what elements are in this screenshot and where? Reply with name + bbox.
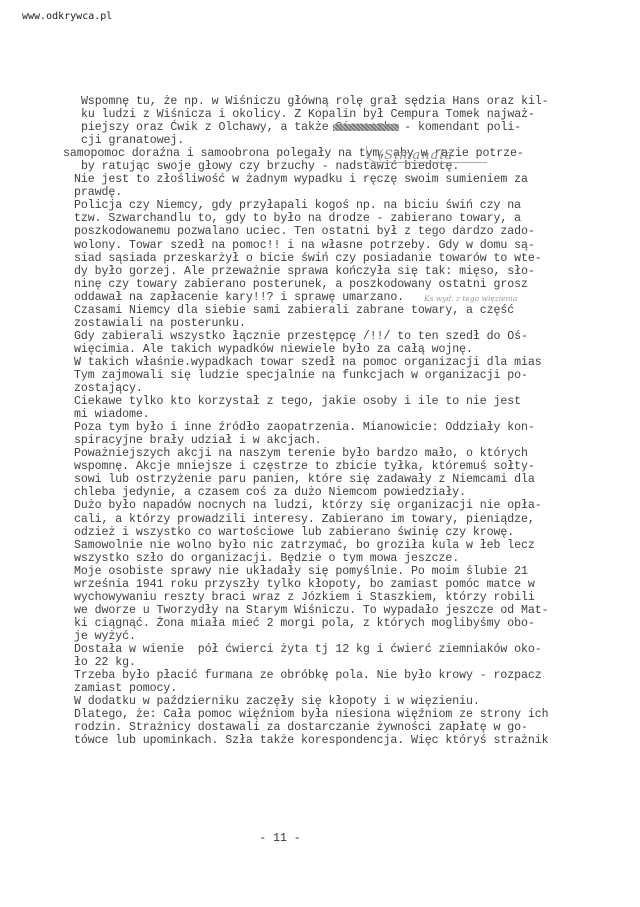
line-text: zamiast pomocy. (74, 682, 177, 695)
line-text: Policja czy Niemcy, gdy przyłapali kogoś… (74, 199, 521, 212)
line-text: Czasami Niemcy dla siebie sami zabierali… (74, 304, 514, 317)
line-text: Nie jest to złośliwość w żadnym wypadku … (74, 173, 528, 186)
line-text: tówce lub upominkach. Szła także korespo… (74, 734, 549, 747)
text-line: Gdy zabierali wszystko łącznie przestępc… (63, 330, 638, 343)
line-text: odzież i wszystko co wartościowe lub zab… (74, 526, 514, 539)
text-line: wszystko szło do organizacji. Będzie o t… (63, 552, 638, 565)
line-text: zostający. (74, 382, 143, 395)
text-line: Trzeba było płacić furmana ze obróbkę po… (63, 669, 638, 682)
text-line: ninę czy towary zabierano posterunek, a … (63, 278, 638, 291)
line-text: spiracyjne brały udział i w akcjach. (74, 434, 322, 447)
line-text: dy było gorzej. Ale przeważnie sprawa ko… (74, 265, 535, 278)
line-text: Wspomnę tu, że np. w Wiśniczu główną rol… (81, 95, 549, 108)
text-line: W dodatku w październiku zaczęły się kło… (63, 695, 638, 708)
line-text: Poważniejszych akcji na naszym terenie b… (74, 447, 528, 460)
text-line: odzież i wszystko co wartościowe lub zab… (63, 526, 638, 539)
text-line: Tym zajmowali się ludzie specjalnie na f… (63, 369, 638, 382)
line-text: ki ciągnąć. Żona miała mieć 2 morgi pola… (74, 617, 535, 630)
line-text: zostawiali na posterunku. (74, 317, 246, 330)
line-text: Poza tym było i inne źródło zaopatrzenia… (74, 421, 535, 434)
text-line: prawdę. (63, 186, 638, 199)
line-text: tzw. Szwarchandlu to, gdy to było na dro… (74, 212, 521, 225)
line-text: je wyżyć. (74, 630, 136, 643)
struck-out-name: Siemaszko (335, 121, 397, 134)
text-line: września 1941 roku przyszły tylko kłopot… (63, 578, 638, 591)
line-text: Samowolnie nie wolno było nic zatrzymać,… (74, 539, 535, 552)
text-line: Nie jest to złośliwość w żadnym wypadku … (63, 173, 638, 186)
text-line: samopomoc doraźna i samoobrona polegały … (63, 147, 638, 160)
text-line: W takich właśnie.wypadkach towar szedł n… (63, 356, 638, 369)
line-text: rodzin. Strażnicy dostawali za dostarcza… (74, 721, 528, 734)
text-line: dy było gorzej. Ale przeważnie sprawa ko… (63, 265, 638, 278)
text-line: zostawiali na posterunku. (63, 317, 638, 330)
line-text: wolony. Towar szedł na pomoc!! i na włas… (74, 239, 535, 252)
text-line: Samowolnie nie wolno było nic zatrzymać,… (63, 539, 638, 552)
text-line: mi wiadome. (63, 408, 638, 421)
line-text: Gdy zabierali wszystko łącznie przestępc… (74, 330, 528, 343)
line-text: września 1941 roku przyszły tylko kłopot… (74, 578, 535, 591)
text-line: ku ludzi z Wiśnicza i okolicy. Z Kopalin… (63, 108, 638, 121)
text-line: piejszy oraz Ćwik z Olchawy, a także Sie… (63, 121, 638, 134)
text-line: je wyżyć. (63, 630, 638, 643)
text-line: ki ciągnąć. Żona miała mieć 2 morgi pola… (63, 617, 638, 630)
typewritten-page: Wspomnę tu, że np. w Wiśniczu główną rol… (63, 95, 638, 747)
line-text: więcimia. Ale takich wypadków niewiele b… (74, 343, 473, 356)
line-text: prawdę. (74, 186, 122, 199)
text-line: Dlatego, że: Cała pomoc więźniom była ni… (63, 708, 638, 721)
line-text: ku ludzi z Wiśnicza i okolicy. Z Kopalin… (81, 108, 535, 121)
text-line: więcimia. Ale takich wypadków niewiele b… (63, 343, 638, 356)
line-text: wszystko szło do organizacji. Będzie o t… (74, 552, 459, 565)
line-text: Ciekawe tylko kto korzystał z tego, jaki… (74, 395, 521, 408)
line-text: piejszy oraz Ćwik z Olchawy, a także (81, 121, 335, 134)
text-line: zostający. (63, 382, 638, 395)
text-line: ło 22 kg. (63, 656, 638, 669)
text-line: wychowywaniu reszty braci wraz z Józkiem… (63, 591, 638, 604)
text-line: cali, a którzy prowadzili interesy. Zabi… (63, 513, 638, 526)
handwritten-name-annotation: (Simanala (378, 148, 453, 163)
text-line: wolony. Towar szedł na pomoc!! i na włas… (63, 239, 638, 252)
handwritten-margin-note: Ks wyd. z tego więzienia (424, 294, 517, 303)
text-line: oddawał na zapłacenie kary!!? i sprawę u… (63, 291, 638, 304)
line-text: wspomnę. Akcje mniejsze i częstrze to zb… (74, 460, 535, 473)
text-line: Dostała w wienie pół ćwierci żyta tj 12 … (63, 643, 638, 656)
page-number: - 11 - (0, 832, 600, 845)
line-text: ninę czy towary zabierano posterunek, a … (74, 278, 528, 291)
text-line: we dworze u Tworzydły na Starym Wiśniczu… (63, 604, 638, 617)
text-line: Ciekawe tylko kto korzystał z tego, jaki… (63, 395, 638, 408)
text-line: chleba jedynie, a czasem coś za dużo Nie… (63, 486, 638, 499)
line-text: Trzeba było płacić furmana ze obróbkę po… (74, 669, 542, 682)
text-line: spiracyjne brały udział i w akcjach. (63, 434, 638, 447)
line-text: sowi lub ostrzyżenie paru panien, które … (74, 473, 535, 486)
line-text: ło 22 kg. (74, 656, 136, 669)
line-text: Tym zajmowali się ludzie specjalnie na f… (74, 369, 528, 382)
text-line: Policja czy Niemcy, gdy przyłapali kogoś… (63, 199, 638, 212)
text-line: rodzin. Strażnicy dostawali za dostarcza… (63, 721, 638, 734)
line-text: we dworze u Tworzydły na Starym Wiśniczu… (74, 604, 549, 617)
line-text: Dlatego, że: Cała pomoc więźniom była ni… (74, 708, 549, 721)
text-line: poszkodowanemu pozwalano uciec. Ten osta… (63, 225, 638, 238)
text-line: Dużo było napadów nocnych na ludzi, któr… (63, 499, 638, 512)
line-text: mi wiadome. (74, 408, 150, 421)
line-text: W takich właśnie.wypadkach towar szedł n… (74, 356, 542, 369)
text-line: cji granatowej. (63, 134, 638, 147)
text-line: zamiast pomocy. (63, 682, 638, 695)
text-line: Wspomnę tu, że np. w Wiśniczu główną rol… (63, 95, 638, 108)
text-line: Moje osobiste sprawy nie układały się po… (63, 565, 638, 578)
line-text: poszkodowanemu pozwalano uciec. Ten osta… (74, 225, 535, 238)
line-text: siad sąsiada przeskarżył o bicie świń cz… (74, 252, 542, 265)
line-text: W dodatku w październiku zaczęły się kło… (74, 695, 480, 708)
line-text: chleba jedynie, a czasem coś za dużo Nie… (74, 486, 466, 499)
line-text-continued: - komendant poli- (397, 121, 521, 134)
line-text: Dużo było napadów nocnych na ludzi, któr… (74, 499, 542, 512)
text-line: by ratując swoje głowy czy brzuchy - nad… (63, 160, 638, 173)
text-line: tówce lub upominkach. Szła także korespo… (63, 734, 638, 747)
text-line: Poza tym było i inne źródło zaopatrzenia… (63, 421, 638, 434)
text-line: Czasami Niemcy dla siebie sami zabierali… (63, 304, 638, 317)
line-text: oddawał na zapłacenie kary!!? i sprawę u… (74, 291, 404, 304)
text-line: siad sąsiada przeskarżył o bicie świń cz… (63, 252, 638, 265)
line-text: Moje osobiste sprawy nie układały się po… (74, 565, 528, 578)
line-text: wychowywaniu reszty braci wraz z Józkiem… (74, 591, 535, 604)
line-text: Dostała w wienie pół ćwierci żyta tj 12 … (74, 643, 542, 656)
text-line: sowi lub ostrzyżenie paru panien, które … (63, 473, 638, 486)
text-line: tzw. Szwarchandlu to, gdy to było na dro… (63, 212, 638, 225)
line-text: cji granatowej. (81, 134, 184, 147)
text-line: Poważniejszych akcji na naszym terenie b… (63, 447, 638, 460)
source-watermark: www.odkrywca.pl (22, 11, 112, 22)
line-text: cali, a którzy prowadzili interesy. Zabi… (74, 513, 535, 526)
text-line: wspomnę. Akcje mniejsze i częstrze to zb… (63, 460, 638, 473)
